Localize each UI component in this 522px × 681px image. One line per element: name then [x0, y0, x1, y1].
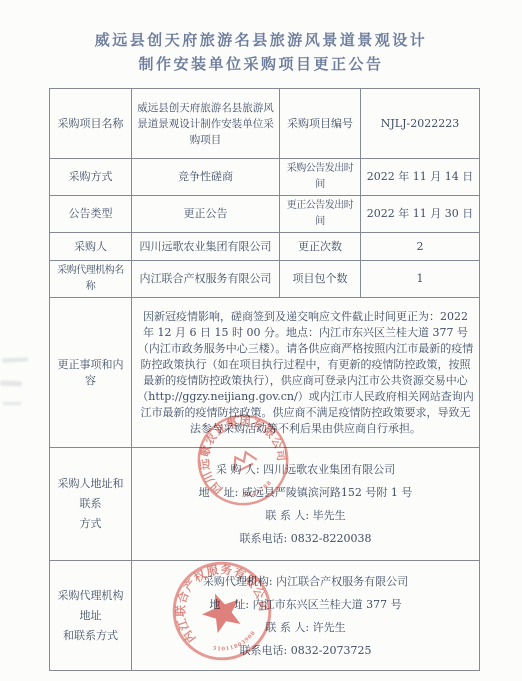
agency-address-line: 地 址: 内江市东兴区兰桂大道 377 号: [136, 593, 475, 616]
agency-name-value: 内江联合产权服务有限公司: [132, 261, 280, 298]
project-number-value: NJLJ-2022223: [361, 89, 480, 159]
purchaser-person-line: 联 系 人: 毕先生: [136, 504, 475, 527]
agency-person-line: 联 系 人: 许先生: [136, 616, 475, 639]
agency-name-label: 采购代理机构名称: [50, 261, 132, 298]
table-row: 更正事项和内容 因新冠疫情影响，磋商签到及递交响应文件截止时间更正为：2022 …: [50, 298, 480, 448]
purchaser-contact-label-line2: 方式: [54, 514, 127, 534]
table-row: 采购人 四川远歌农业集团有限公司 更正次数 2: [50, 233, 480, 261]
purchase-method-value: 竞争性磋商: [132, 159, 280, 196]
table-row: 采购人地址和联系 方式 采 购 人: 四川远歌农业集团有限公司 地 址: 威远县…: [50, 448, 480, 561]
table-row: 采购方式 竞争性磋商 采购公告发出时间 2022 年 11 月 14 日: [50, 159, 480, 196]
project-number-label: 采购项目编号: [280, 89, 361, 159]
purchaser-phone-line: 联系电话: 0832-8220038: [136, 527, 475, 550]
purchaser-contact-label: 采购人地址和联系 方式: [50, 448, 132, 561]
agency-contact-content: 采购代理机构: 内江联合产权服务有限公司 地 址: 内江市东兴区兰桂大道 377…: [132, 561, 480, 671]
table-row: 采购项目名称 威远县创天府旅游名县旅游风景道景观设计制作安装单位采购项目 采购项…: [50, 89, 480, 159]
scan-artifact: [0, 381, 22, 387]
purchaser-contact-label-line1: 采购人地址和联系: [54, 474, 127, 514]
purchase-method-label: 采购方式: [50, 159, 132, 196]
table-row: 采购代理机构名称 内江联合产权服务有限公司 项目包个数 1: [50, 261, 480, 298]
announcement-table: 采购项目名称 威远县创天府旅游名县旅游风景道景观设计制作安装单位采购项目 采购项…: [49, 88, 480, 671]
correction-date-value: 2022 年 11 月 30 日: [361, 196, 480, 233]
purchaser-name-line: 采 购 人: 四川远歌农业集团有限公司: [136, 458, 475, 481]
notice-date-label: 采购公告发出时间: [280, 159, 361, 196]
scan-artifact: [3, 402, 21, 405]
project-name-value: 威远县创天府旅游名县旅游风景道景观设计制作安装单位采购项目: [132, 89, 280, 159]
notice-type-value: 更正公告: [132, 196, 280, 233]
purchaser-address-line: 地 址: 威远县严陵镇滨河路152 号附 1 号: [136, 481, 475, 504]
table-row: 公告类型 更正公告 更正公告发出时间 2022 年 11 月 30 日: [50, 196, 480, 233]
scanned-document-page: 威远县创天府旅游名县旅游风景道景观设计 制作安装单位采购项目更正公告 采购项目名…: [0, 0, 522, 681]
table-row: 采购代理机构地址 和联系方式 采购代理机构: 内江联合产权服务有限公司 地 址:…: [50, 561, 480, 671]
title-line-2: 制作安装单位采购项目更正公告: [0, 52, 522, 76]
notice-type-label: 公告类型: [50, 196, 132, 233]
correction-count-label: 更正次数: [280, 233, 361, 261]
document-title: 威远县创天府旅游名县旅游风景道景观设计 制作安装单位采购项目更正公告: [0, 28, 522, 76]
correction-date-label: 更正公告发出时间: [280, 196, 361, 233]
agency-contact-label-line2: 和联系方式: [54, 626, 127, 646]
agency-contact-label-line1: 采购代理机构地址: [54, 586, 127, 626]
correction-count-value: 2: [361, 233, 480, 261]
purchaser-label: 采购人: [50, 233, 132, 261]
scan-artifact: [2, 357, 28, 362]
title-line-1: 威远县创天府旅游名县旅游风景道景观设计: [0, 28, 522, 52]
purchaser-contact-content: 采 购 人: 四川远歌农业集团有限公司 地 址: 威远县严陵镇滨河路152 号附…: [132, 448, 480, 561]
correction-section-label: 更正事项和内容: [50, 298, 132, 448]
agency-contact-label: 采购代理机构地址 和联系方式: [50, 561, 132, 671]
project-name-label: 采购项目名称: [50, 89, 132, 159]
agency-phone-line: 联系电话: 0832-2073725: [136, 639, 475, 662]
package-count-value: 1: [361, 261, 480, 298]
package-count-label: 项目包个数: [280, 261, 361, 298]
agency-name-line: 采购代理机构: 内江联合产权服务有限公司: [136, 570, 475, 593]
purchaser-value: 四川远歌农业集团有限公司: [132, 233, 280, 261]
notice-date-value: 2022 年 11 月 14 日: [361, 159, 480, 196]
correction-section-content: 因新冠疫情影响，磋商签到及递交响应文件截止时间更正为：2022 年 12 月 6…: [132, 298, 480, 448]
